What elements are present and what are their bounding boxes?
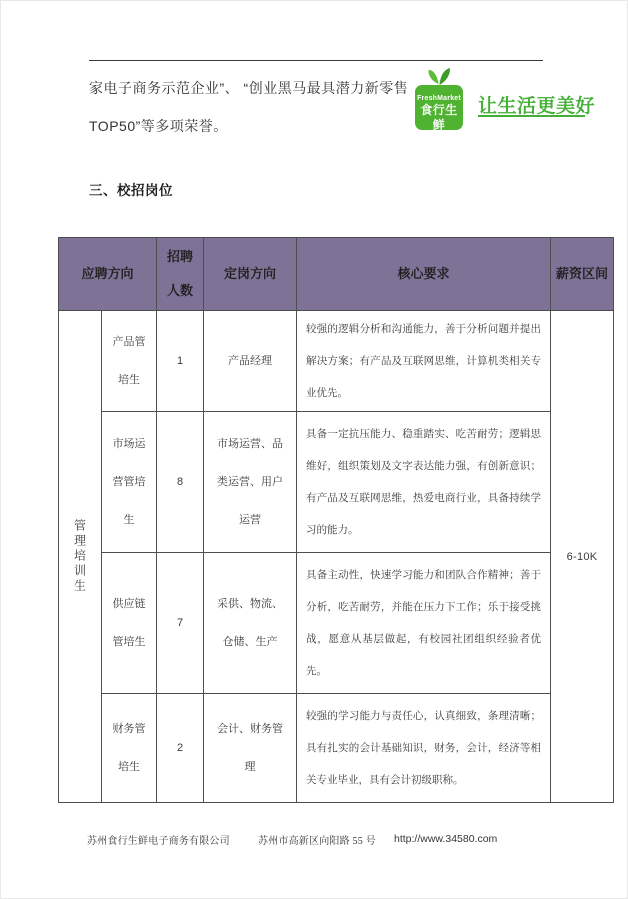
brand-slogan: 让生活更美好 <box>478 91 595 118</box>
direction-cell: 产品管培生 <box>102 311 157 412</box>
requirements-cell: 较强的学习能力与责任心，认真细致，条理清晰；具有扎实的会计基础知识，财务，会计，… <box>297 694 551 803</box>
intro-line-1: 家电子商务示范企业”、 “创业黑马最具潜力新零售 <box>89 69 429 107</box>
position-cell: 采供、物流、仓储、生产 <box>204 553 297 694</box>
salary-range-cell: 6-10K <box>551 311 614 803</box>
freshmarket-logo: FreshMarket 食行生鲜 <box>415 85 463 130</box>
job-positions-table: 应聘方向 招聘人数 定岗方向 核心要求 薪资区间 管理培训生 产品管培生 1 产… <box>58 237 614 803</box>
intro-paragraph: 家电子商务示范企业”、 “创业黑马最具潜力新零售 TOP50”等多项荣誉。 <box>89 69 429 145</box>
group-label-vertical-text: 管理培训生 <box>72 519 89 594</box>
position-cell: 产品经理 <box>204 311 297 412</box>
requirements-cell: 具备主动性，快速学习能力和团队合作精神；善于分析，吃苦耐劳，并能在压力下工作；乐… <box>297 553 551 694</box>
footer-company-name: 苏州食行生鲜电子商务有限公司 <box>87 832 230 847</box>
count-cell: 2 <box>157 694 204 803</box>
header-assigned-position: 定岗方向 <box>204 238 297 311</box>
table-row: 市场运营管培生 8 市场运营、品类运营、用户运营 具备一定抗压能力、稳重踏实、吃… <box>59 412 614 553</box>
direction-cell: 财务管培生 <box>102 694 157 803</box>
footer-website-url: http://www.34580.com <box>394 833 497 845</box>
header-headcount: 招聘人数 <box>157 238 204 311</box>
footer-address: 苏州市高新区向阳路 55 号 <box>258 832 376 847</box>
position-cell: 市场运营、品类运营、用户运营 <box>204 412 297 553</box>
header-salary-range: 薪资区间 <box>551 238 614 311</box>
section-heading: 三、校招岗位 <box>89 179 173 199</box>
logo-brand-en: FreshMarket <box>415 94 463 103</box>
header-apply-direction: 应聘方向 <box>59 238 157 311</box>
table-row: 供应链管培生 7 采供、物流、仓储、生产 具备主动性，快速学习能力和团队合作精神… <box>59 553 614 694</box>
intro-line-2: TOP50”等多项荣誉。 <box>89 107 429 145</box>
count-cell: 1 <box>157 311 204 412</box>
group-label-cell: 管理培训生 <box>59 311 102 803</box>
leaf-sprout-icon <box>421 67 457 86</box>
requirements-cell: 较强的逻辑分析和沟通能力，善于分析问题并提出解决方案；有产品及互联网思维，计算机… <box>297 311 551 412</box>
header-core-requirements: 核心要求 <box>297 238 551 311</box>
direction-cell: 市场运营管培生 <box>102 412 157 553</box>
count-cell: 8 <box>157 412 204 553</box>
slogan-underline <box>478 115 585 117</box>
document-page: 家电子商务示范企业”、 “创业黑马最具潜力新零售 TOP50”等多项荣誉。 Fr… <box>0 0 628 899</box>
logo-brand-cn: 食行生鲜 <box>415 103 463 133</box>
table-row: 管理培训生 产品管培生 1 产品经理 较强的逻辑分析和沟通能力，善于分析问题并提… <box>59 311 614 412</box>
count-cell: 7 <box>157 553 204 694</box>
table-row: 财务管培生 2 会计、财务管理 较强的学习能力与责任心，认真细致，条理清晰；具有… <box>59 694 614 803</box>
header-divider-line <box>89 60 543 61</box>
direction-cell: 供应链管培生 <box>102 553 157 694</box>
position-cell: 会计、财务管理 <box>204 694 297 803</box>
table-header-row: 应聘方向 招聘人数 定岗方向 核心要求 薪资区间 <box>59 238 614 311</box>
requirements-cell: 具备一定抗压能力、稳重踏实、吃苦耐劳；逻辑思维好，组织策划及文字表达能力强，有创… <box>297 412 551 553</box>
